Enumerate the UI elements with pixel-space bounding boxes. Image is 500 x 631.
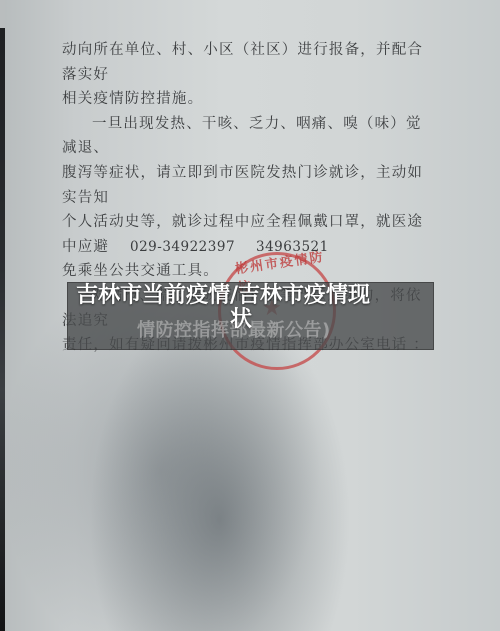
- article-title-line2: 状: [76, 308, 416, 332]
- doc-line: 相关疫情防控措施。: [62, 87, 434, 112]
- doc-line: 个人活动史等，就诊过程中应全程佩戴口罩，就医途中应避: [62, 210, 434, 259]
- doc-line: 动向所在单位、村、小区（社区）进行报备，并配合落实好: [62, 38, 434, 87]
- doc-line: 腹泻等症状，请立即到市医院发热门诊就诊，主动如实告知: [62, 161, 434, 210]
- article-title[interactable]: 吉林市当前疫情/吉林市疫情现 状: [76, 284, 416, 332]
- photo-left-edge: [0, 28, 5, 631]
- phone-number-1: 029-34922397: [130, 239, 235, 255]
- photo-edge-top: [0, 0, 5, 28]
- doc-line: 一旦出现发热、干咳、乏力、咽痛、嗅（味）觉减退、: [62, 112, 434, 161]
- article-title-line1: 吉林市当前疫情/吉林市疫情现: [76, 283, 370, 308]
